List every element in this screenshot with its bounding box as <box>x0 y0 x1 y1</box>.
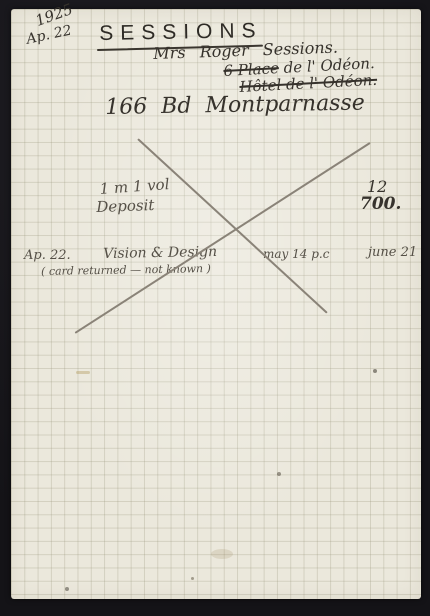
paper-stain <box>76 371 90 374</box>
cancel-cross-stroke-2 <box>75 142 371 333</box>
paper-stain <box>211 549 233 559</box>
scanned-lending-card-photo: { "card": { "corner": { "year": "1925", … <box>0 0 430 616</box>
paper-speck <box>65 587 69 591</box>
deposit-label: Deposit <box>96 196 155 216</box>
subscription-duration: 1 m 1 vol <box>99 175 170 198</box>
index-card: 1925 Ap. 22 SESSIONS Mrs Roger Sessions.… <box>11 9 421 599</box>
entry-date: Ap. 22. <box>24 248 71 263</box>
paper-speck <box>373 369 377 373</box>
cancel-cross-stroke-1 <box>137 138 327 313</box>
deposit-amount: 700. <box>360 194 401 214</box>
current-address: 166 Bd Montparnasse <box>105 90 365 120</box>
entry-note: may 14 p.c <box>263 247 329 261</box>
entry-remark: ( card returned — not known ) <box>41 262 211 278</box>
paper-speck <box>277 472 281 476</box>
paper-speck <box>191 577 194 580</box>
entry-returned-date: june 21 <box>368 245 417 260</box>
corner-date: Ap. 22 <box>25 22 73 47</box>
